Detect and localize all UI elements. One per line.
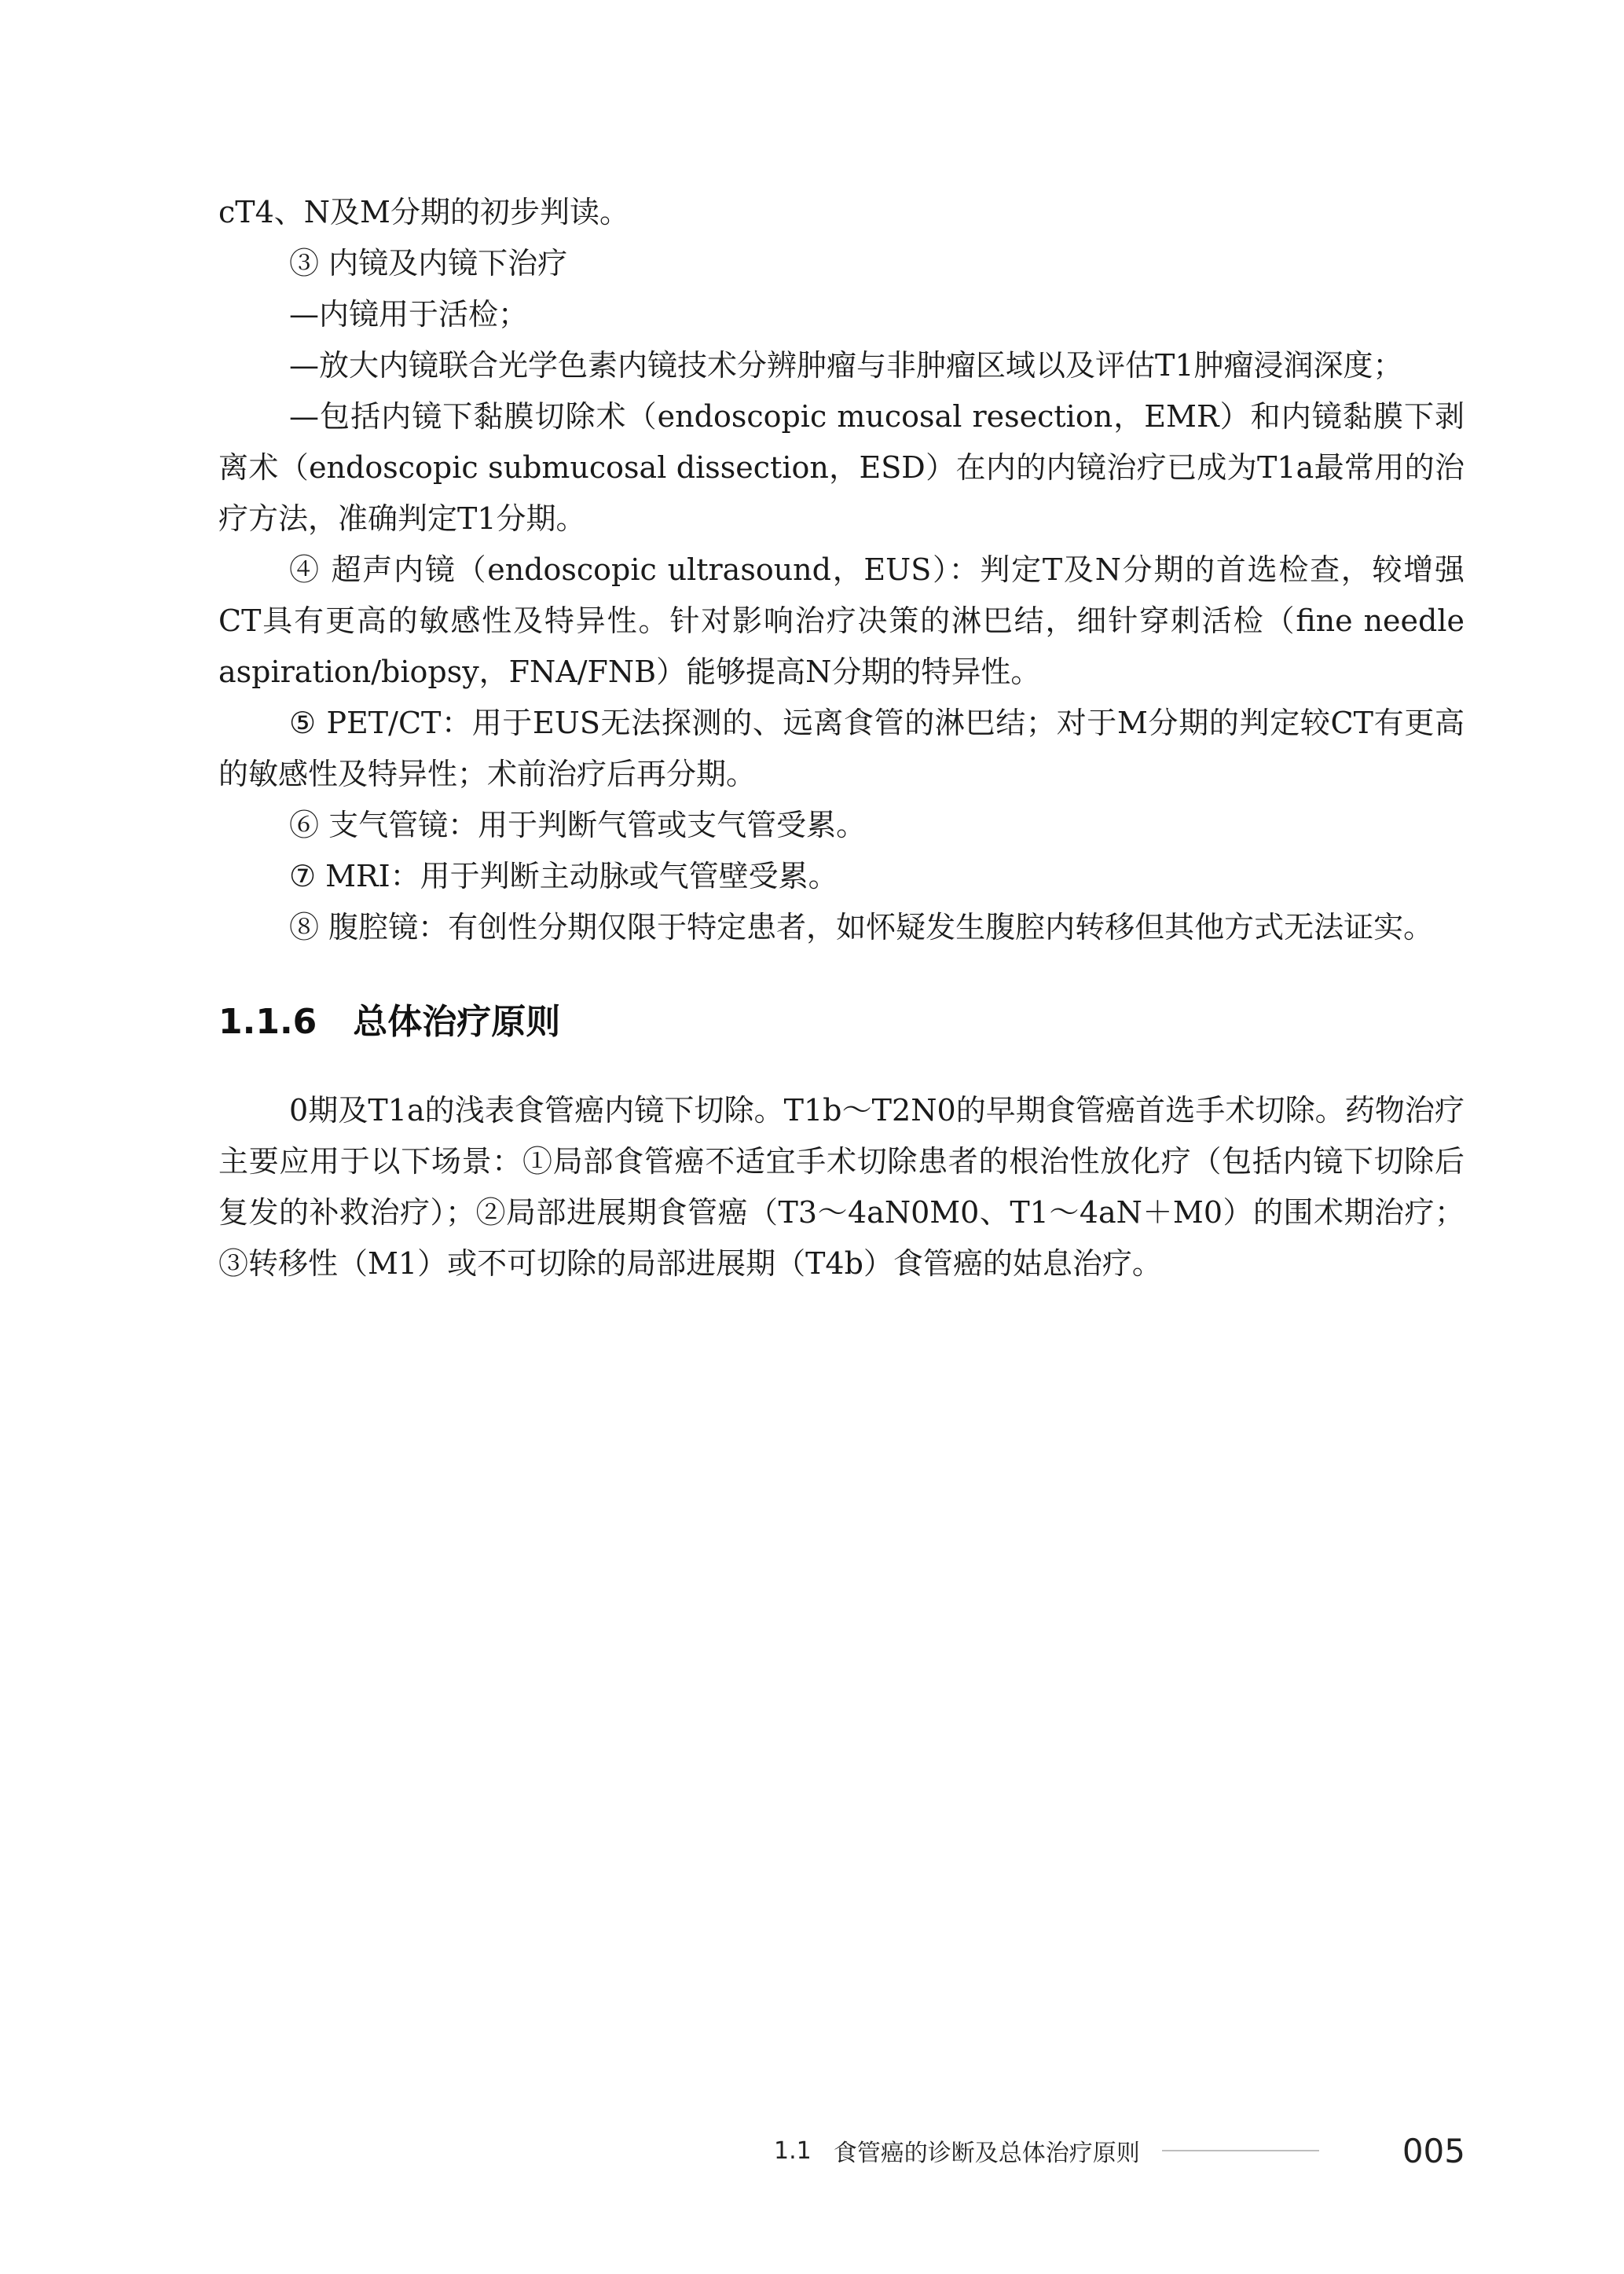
list-item-bronchoscopy: ⑥ 支气管镜：用于判断气管或支气管受累。 [218, 800, 1465, 851]
sub-item-emr-esd: —包括内镜下黏膜切除术（endoscopic mucosal resection… [218, 391, 1465, 545]
section-heading: 1.1.6 总体治疗原则 [218, 999, 1465, 1046]
document-page: cT4、N及M分期的初步判读。 ③ 内镜及内镜下治疗 —内镜用于活检； —放大内… [0, 0, 1624, 2274]
list-item-mri: ⑦ MRI：用于判断主动脉或气管壁受累。 [218, 851, 1465, 902]
footer-divider [1162, 2150, 1319, 2151]
list-item-laparoscopy: ⑧ 腹腔镜：有创性分期仅限于特定患者，如怀疑发生腹腔内转移但其他方式无法证实。 [218, 902, 1465, 953]
page-number: 005 [1402, 2132, 1465, 2170]
footer-section-number: 1.1 [774, 2137, 812, 2165]
page-footer: 1.1 食管癌的诊断及总体治疗原则 005 [774, 2131, 1465, 2170]
section-number: 1.1.6 [218, 999, 317, 1046]
list-item-endoscopy: ③ 内镜及内镜下治疗 [218, 238, 1465, 289]
list-item-eus: ④ 超声内镜（endoscopic ultrasound，EUS）：判定T及N分… [218, 545, 1465, 698]
main-content: cT4、N及M分期的初步判读。 ③ 内镜及内镜下治疗 —内镜用于活检； —放大内… [218, 187, 1465, 1289]
sub-item-magnifying-endoscopy: —放大内镜联合光学色素内镜技术分辨肿瘤与非肿瘤区域以及评估T1肿瘤浸润深度； [218, 340, 1465, 391]
footer-chapter-title: 食管癌的诊断及总体治疗原则 [834, 2133, 1140, 2168]
list-item-pet-ct: ⑤ PET/CT：用于EUS无法探测的、远离食管的淋巴结；对于M分期的判定较CT… [218, 698, 1465, 800]
section-title: 总体治疗原则 [353, 999, 560, 1046]
sub-item-biopsy: —内镜用于活检； [218, 289, 1465, 340]
paragraph-treatment-principles: 0期及T1a的浅表食管癌内镜下切除。T1b～T2N0的早期食管癌首选手术切除。药… [218, 1085, 1465, 1289]
paragraph-staging-continued: cT4、N及M分期的初步判读。 [218, 187, 1465, 238]
